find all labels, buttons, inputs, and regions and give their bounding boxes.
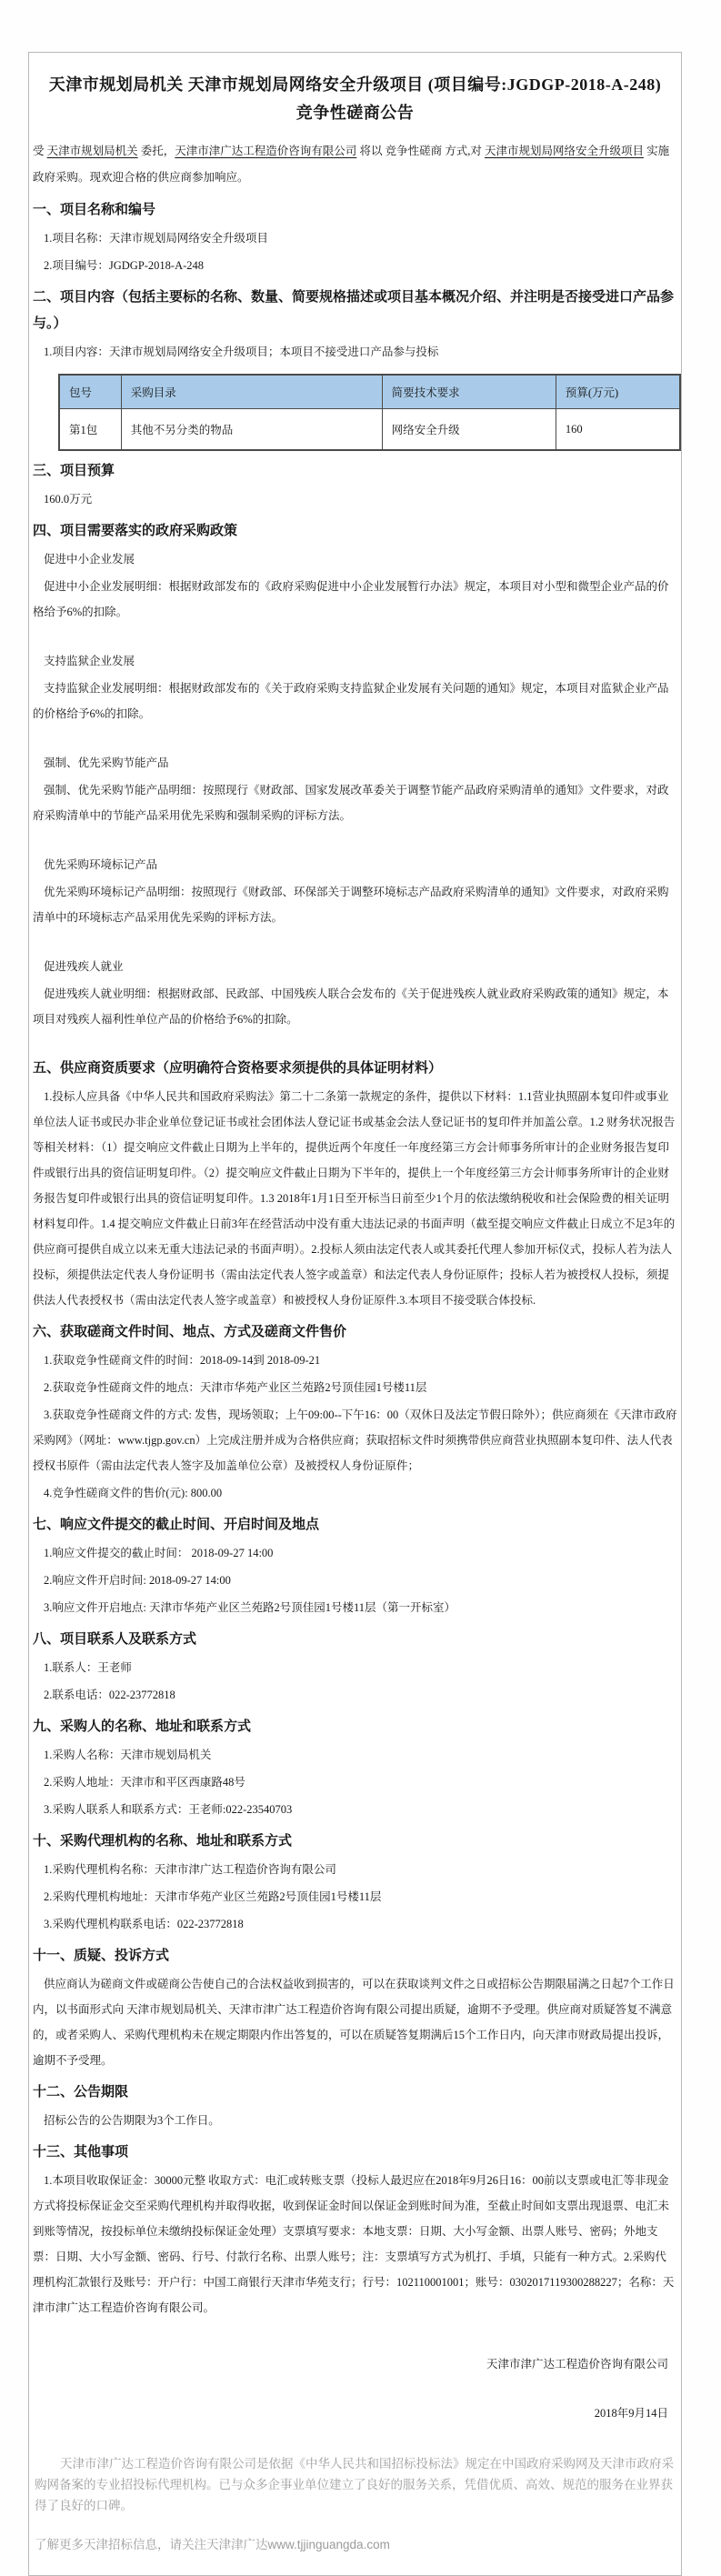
section-heading: 十、采购代理机构的名称、地址和联系方式 — [33, 1829, 677, 1855]
policy-detail: 优先采购环境标记产品明细：按照现行《财政部、环保部关于调整环境标志产品政府采购清… — [33, 879, 677, 930]
intro-segment-project: 天津市规划局网络安全升级项目 — [485, 145, 644, 157]
section-announcement-period: 十二、公告期限 招标公告的公告期限为3个工作日。 — [33, 2080, 677, 2133]
signature-block: 天津市津广达工程造价咨询有限公司 2018年9月14日 — [33, 2351, 677, 2426]
section-item: 1.联系人：王老师 — [33, 1655, 677, 1680]
agency-footer-note: 天津市津广达工程造价咨询有限公司是依据《中华人民共和国招标投标法》规定在中国政府… — [33, 2453, 677, 2555]
section-item: 1.项目名称：天津市规划局网络安全升级项目 — [33, 226, 677, 251]
section-item: 3.采购人联系人和联系方式：王老师:022-23540703 — [33, 1797, 677, 1822]
section-item: 3.采购代理机构联系电话：022-23772818 — [33, 1911, 677, 1937]
section-heading: 七、响应文件提交的截止时间、开启时间及地点 — [33, 1512, 677, 1539]
table-cell: 160 — [556, 409, 680, 451]
section-item: 2.联系电话：022-23772818 — [33, 1682, 677, 1708]
signature-company: 天津市津广达工程造价咨询有限公司 — [33, 2351, 668, 2377]
policy-group: 促进中小企业发展 促进中小企业发展明细：根据财政部发布的《政府采购促进中小企业发… — [33, 546, 677, 625]
section-item: 2.响应文件开启时间: 2018-09-27 14:00 — [33, 1568, 677, 1593]
section-purchaser-info: 九、采购人的名称、地址和联系方式 1.采购人名称：天津市规划局机关 2.采购人地… — [33, 1714, 677, 1822]
policy-title: 促进中小企业发展 — [33, 546, 677, 572]
policy-detail: 强制、优先采购节能产品明细：按照现行《财政部、国家发展改革委关于调整节能产品政府… — [33, 777, 677, 828]
footer-more-info: 了解更多天津招标信息，请关注天津津广达www.tjjinguangda.com — [35, 2534, 676, 2555]
policy-detail: 促进中小企业发展明细：根据财政部发布的《政府采购促进中小企业发展暂行办法》规定，… — [33, 574, 677, 625]
policy-detail: 促进残疾人就业明细：根据财政部、民政部、中国残疾人联合会发布的《关于促进残疾人就… — [33, 981, 677, 1032]
policy-detail: 支持监狱企业发展明细：根据财政部发布的《关于政府采购支持监狱企业发展有关问题的通… — [33, 676, 677, 727]
section-supplier-qualifications: 五、供应商资质要求（应明确符合资格要求须提供的具体证明材料） 1.投标人应具备《… — [33, 1056, 677, 1313]
policy-group: 优先采购环境标记产品 优先采购环境标记产品明细：按照现行《财政部、环保部关于调整… — [33, 852, 677, 930]
table-header-cell: 包号 — [59, 375, 121, 409]
section-item: 招标公告的公告期限为3个工作日。 — [33, 2108, 677, 2133]
section-item: 2.获取竞争性磋商文件的地点：天津市华苑产业区兰苑路2号顶佳园1号楼11层 — [33, 1375, 677, 1400]
section-item: 1.投标人应具备《中华人民共和国政府采购法》第二十二条第一款规定的条件，提供以下… — [33, 1084, 677, 1313]
section-item: 2.采购人地址：天津市和平区西康路48号 — [33, 1769, 677, 1795]
policy-title: 强制、优先采购节能产品 — [33, 750, 677, 776]
footer-about-text: 天津市津广达工程造价咨询有限公司是依据《中华人民共和国招标投标法》规定在中国政府… — [35, 2453, 676, 2516]
section-heading: 二、项目内容（包括主要标的名称、数量、简要规格描述或项目基本概况介绍、并注明是否… — [33, 285, 677, 337]
table-cell: 第1包 — [59, 409, 121, 451]
section-project-name: 一、项目名称和编号 1.项目名称：天津市规划局网络安全升级项目 2.项目编号：J… — [33, 197, 677, 278]
signature-date: 2018年9月14日 — [33, 2401, 668, 2426]
section-item: 2.采购代理机构地址：天津市华苑产业区兰苑路2号顶佳园1号楼11层 — [33, 1884, 677, 1909]
page-title: 天津市规划局机关 天津市规划局网络安全升级项目 (项目编号:JGDGP-2018… — [45, 71, 665, 127]
section-policies: 四、项目需要落实的政府采购政策 促进中小企业发展 促进中小企业发展明细：根据财政… — [33, 518, 677, 1032]
section-item: 1.获取竞争性磋商文件的时间：2018-09-14到 2018-09-21 — [33, 1348, 677, 1373]
intro-segment: 受 — [33, 145, 47, 157]
section-item: 1.本项目收取保证金：30000元整 收取方式：电汇或转账支票（投标人最迟应在2… — [33, 2168, 677, 2320]
policy-title: 支持监狱企业发展 — [33, 648, 677, 674]
section-heading: 四、项目需要落实的政府采购政策 — [33, 518, 677, 545]
section-document-acquisition: 六、获取磋商文件时间、地点、方式及磋商文件售价 1.获取竞争性磋商文件的时间：2… — [33, 1319, 677, 1506]
table-cell: 其他不另分类的物品 — [121, 409, 382, 451]
policy-group: 强制、优先采购节能产品 强制、优先采购节能产品明细：按照现行《财政部、国家发展改… — [33, 750, 677, 828]
section-item: 2.项目编号：JGDGP-2018-A-248 — [33, 253, 677, 278]
section-item: 1.项目内容：天津市规划局网络安全升级项目；本项目不接受进口产品参与投标 — [33, 339, 677, 365]
intro-segment-agency: 天津市津广达工程造价咨询有限公司 — [175, 145, 356, 157]
policy-group: 支持监狱企业发展 支持监狱企业发展明细：根据财政部发布的《关于政府采购支持监狱企… — [33, 648, 677, 727]
section-heading: 十二、公告期限 — [33, 2080, 677, 2106]
section-heading: 一、项目名称和编号 — [33, 197, 677, 224]
procurement-table: 包号 采购目录 简要技术要求 预算(万元) 第1包 其他不另分类的物品 网络安全… — [58, 374, 681, 451]
policy-group: 促进残疾人就业 促进残疾人就业明细：根据财政部、民政部、中国残疾人联合会发布的《… — [33, 954, 677, 1032]
table-header-cell: 预算(万元) — [556, 375, 680, 409]
table-header-row: 包号 采购目录 简要技术要求 预算(万元) — [59, 375, 680, 409]
intro-segment-purchaser: 天津市规划局机关 — [47, 145, 138, 157]
section-item: 1.采购代理机构名称：天津市津广达工程造价咨询有限公司 — [33, 1857, 677, 1882]
section-complaint: 十一、质疑、投诉方式 供应商认为磋商文件或磋商公告使自己的合法权益收到损害的，可… — [33, 1943, 677, 2073]
section-heading: 五、供应商资质要求（应明确符合资格要求须提供的具体证明材料） — [33, 1056, 677, 1082]
section-heading: 十三、其他事项 — [33, 2140, 677, 2166]
table-cell: 网络安全升级 — [382, 409, 556, 451]
section-item: 160.0万元 — [33, 486, 677, 512]
policy-title: 优先采购环境标记产品 — [33, 852, 677, 877]
section-heading: 六、获取磋商文件时间、地点、方式及磋商文件售价 — [33, 1319, 677, 1346]
section-heading: 九、采购人的名称、地址和联系方式 — [33, 1714, 677, 1740]
announcement-document: 天津市规划局机关 天津市规划局网络安全升级项目 (项目编号:JGDGP-2018… — [28, 52, 682, 2576]
intro-paragraph: 受 天津市规划局机关 委托，天津市津广达工程造价咨询有限公司 将以 竞争性磋商 … — [33, 138, 677, 191]
table-header-cell: 简要技术要求 — [382, 375, 556, 409]
section-item: 供应商认为磋商文件或磋商公告使自己的合法权益收到损害的，可以在获取谈判文件之日或… — [33, 1971, 677, 2073]
section-other-matters: 十三、其他事项 1.本项目收取保证金：30000元整 收取方式：电汇或转账支票（… — [33, 2140, 677, 2320]
section-agency-info: 十、采购代理机构的名称、地址和联系方式 1.采购代理机构名称：天津市津广达工程造… — [33, 1829, 677, 1937]
intro-segment: 将以 竞争性磋商 方式,对 — [356, 145, 485, 157]
table-row: 第1包 其他不另分类的物品 网络安全升级 160 — [59, 409, 680, 451]
section-response-deadline: 七、响应文件提交的截止时间、开启时间及地点 1.响应文件提交的截止时间： 201… — [33, 1512, 677, 1620]
section-heading: 八、项目联系人及联系方式 — [33, 1627, 677, 1653]
policy-title: 促进残疾人就业 — [33, 954, 677, 979]
section-heading: 三、项目预算 — [33, 458, 677, 485]
section-item: 4.竞争性磋商文件的售价(元): 800.00 — [33, 1480, 677, 1506]
section-item: 1.采购人名称：天津市规划局机关 — [33, 1742, 677, 1768]
section-project-contact: 八、项目联系人及联系方式 1.联系人：王老师 2.联系电话：022-237728… — [33, 1627, 677, 1708]
section-heading: 十一、质疑、投诉方式 — [33, 1943, 677, 1970]
table-header-cell: 采购目录 — [121, 375, 382, 409]
section-item: 3.响应文件开启地点: 天津市华苑产业区兰苑路2号顶佳园1号楼11层（第一开标室… — [33, 1595, 677, 1620]
intro-segment: 委托， — [138, 145, 175, 157]
section-budget: 三、项目预算 160.0万元 — [33, 458, 677, 512]
section-project-content: 二、项目内容（包括主要标的名称、数量、简要规格描述或项目基本概况介绍、并注明是否… — [33, 285, 677, 451]
section-item: 3.获取竞争性磋商文件的方式: 发售，现场领取；上午09:00--下午16：00… — [33, 1402, 677, 1478]
section-item: 1.响应文件提交的截止时间： 2018-09-27 14:00 — [33, 1540, 677, 1566]
